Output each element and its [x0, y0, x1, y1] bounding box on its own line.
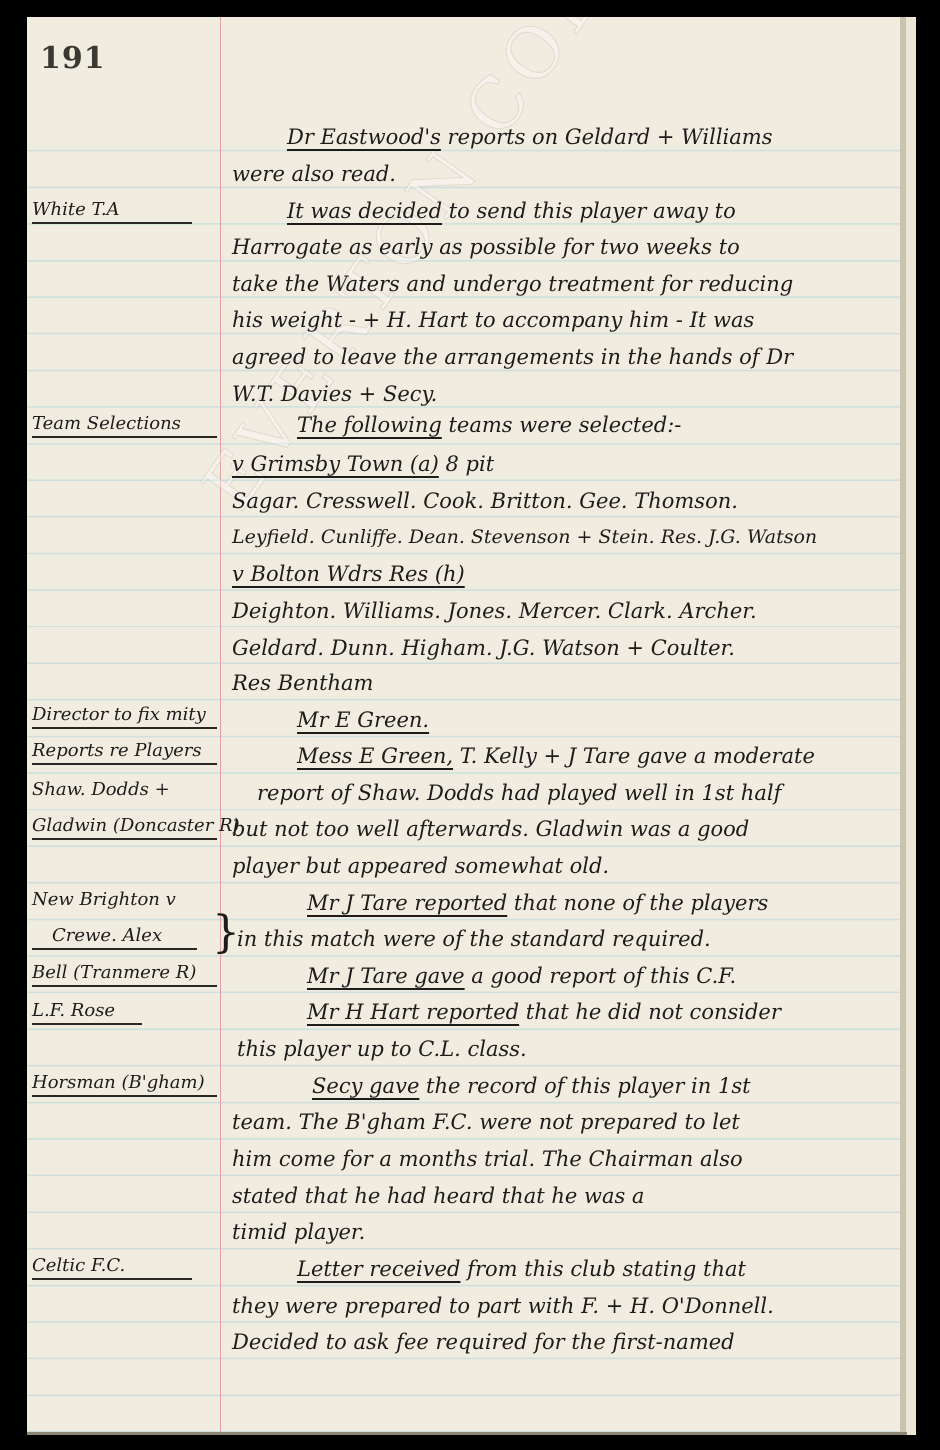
body-line: his weight - + H. Hart to accompany him … [232, 308, 754, 332]
margin-note-crewe: Crewe. Alex [32, 925, 197, 950]
body-line: they were prepared to part with F. + H. … [232, 1294, 774, 1318]
body-line: Deighton. Williams. Jones. Mercer. Clark… [232, 599, 757, 623]
brace-bracket: } [212, 907, 240, 958]
body-line: Secy gave the record of this player in 1… [312, 1074, 751, 1098]
page-bottom-edge [27, 1432, 907, 1435]
margin-note-shaw-dodds: Shaw. Dodds + [32, 779, 217, 802]
page-edge [906, 17, 916, 1435]
body-line: Mr E Green. [297, 708, 429, 732]
body-line: W.T. Davies + Secy. [232, 382, 437, 406]
body-line: report of Shaw. Dodds had played well in… [257, 781, 781, 805]
page-number: 191 [40, 41, 106, 76]
body-line: It was decided to send this player away … [287, 199, 736, 223]
body-line: Harrogate as early as possible for two w… [232, 235, 740, 259]
margin-note-gladwin: Gladwin (Doncaster R) [32, 815, 217, 840]
body-line: player but appeared somewhat old. [232, 854, 609, 878]
margin-note-team-selections: Team Selections [32, 413, 217, 438]
body-line: Decided to ask fee required for the firs… [232, 1330, 735, 1354]
body-line: Mr J Tare gave a good report of this C.F… [307, 964, 736, 988]
body-line: take the Waters and undergo treatment fo… [232, 272, 793, 296]
body-line: Mr J Tare reported that none of the play… [307, 891, 768, 915]
margin-note-rose: L.F. Rose [32, 1000, 142, 1025]
body-line: The following teams were selected:- [297, 413, 681, 437]
body-line: this player up to C.L. class. [237, 1037, 527, 1061]
body-line: Mr H Hart reported that he did not consi… [307, 1000, 781, 1024]
body-line: Geldard. Dunn. Higham. J.G. Watson + Cou… [232, 636, 735, 660]
body-line: stated that he had heard that he was a [232, 1184, 644, 1208]
body-line: v Bolton Wdrs Res (h) [232, 562, 465, 586]
body-line: Sagar. Cresswell. Cook. Britton. Gee. Th… [232, 489, 738, 513]
ledger-page: EVERTON COLLECTION 191 White T.A Team Se… [27, 17, 900, 1435]
body-line: in this match were of the standard requi… [237, 927, 711, 951]
body-line: timid player. [232, 1220, 365, 1244]
body-line: but not too well afterwards. Gladwin was… [232, 817, 749, 841]
body-line: Letter received from this club stating t… [297, 1257, 746, 1281]
margin-note-bell: Bell (Tranmere R) [32, 962, 217, 987]
body-line: Mess E Green, T. Kelly + J Tare gave a m… [297, 744, 815, 768]
body-line: were also read. [232, 162, 396, 186]
body-line: Res Bentham [232, 671, 373, 695]
body-line: team. The B'gham F.C. were not prepared … [232, 1110, 740, 1134]
margin-note-white: White T.A [32, 199, 192, 224]
body-line: him come for a months trial. The Chairma… [232, 1147, 743, 1171]
margin-note-celtic: Celtic F.C. [32, 1255, 192, 1280]
margin-note-new-brighton: New Brighton v [32, 889, 217, 912]
body-line: v Grimsby Town (a) 8 pit [232, 452, 494, 476]
margin-rule [220, 17, 221, 1435]
body-line: Leyfield. Cunliffe. Dean. Stevenson + St… [232, 526, 817, 548]
body-line: Dr Eastwood's reports on Geldard + Willi… [287, 125, 772, 149]
margin-note-horsman: Horsman (B'gham) [32, 1072, 217, 1097]
body-line: agreed to leave the arrangements in the … [232, 345, 793, 369]
margin-note-director: Director to fix mity [32, 704, 217, 729]
margin-note-reports: Reports re Players [32, 740, 217, 765]
